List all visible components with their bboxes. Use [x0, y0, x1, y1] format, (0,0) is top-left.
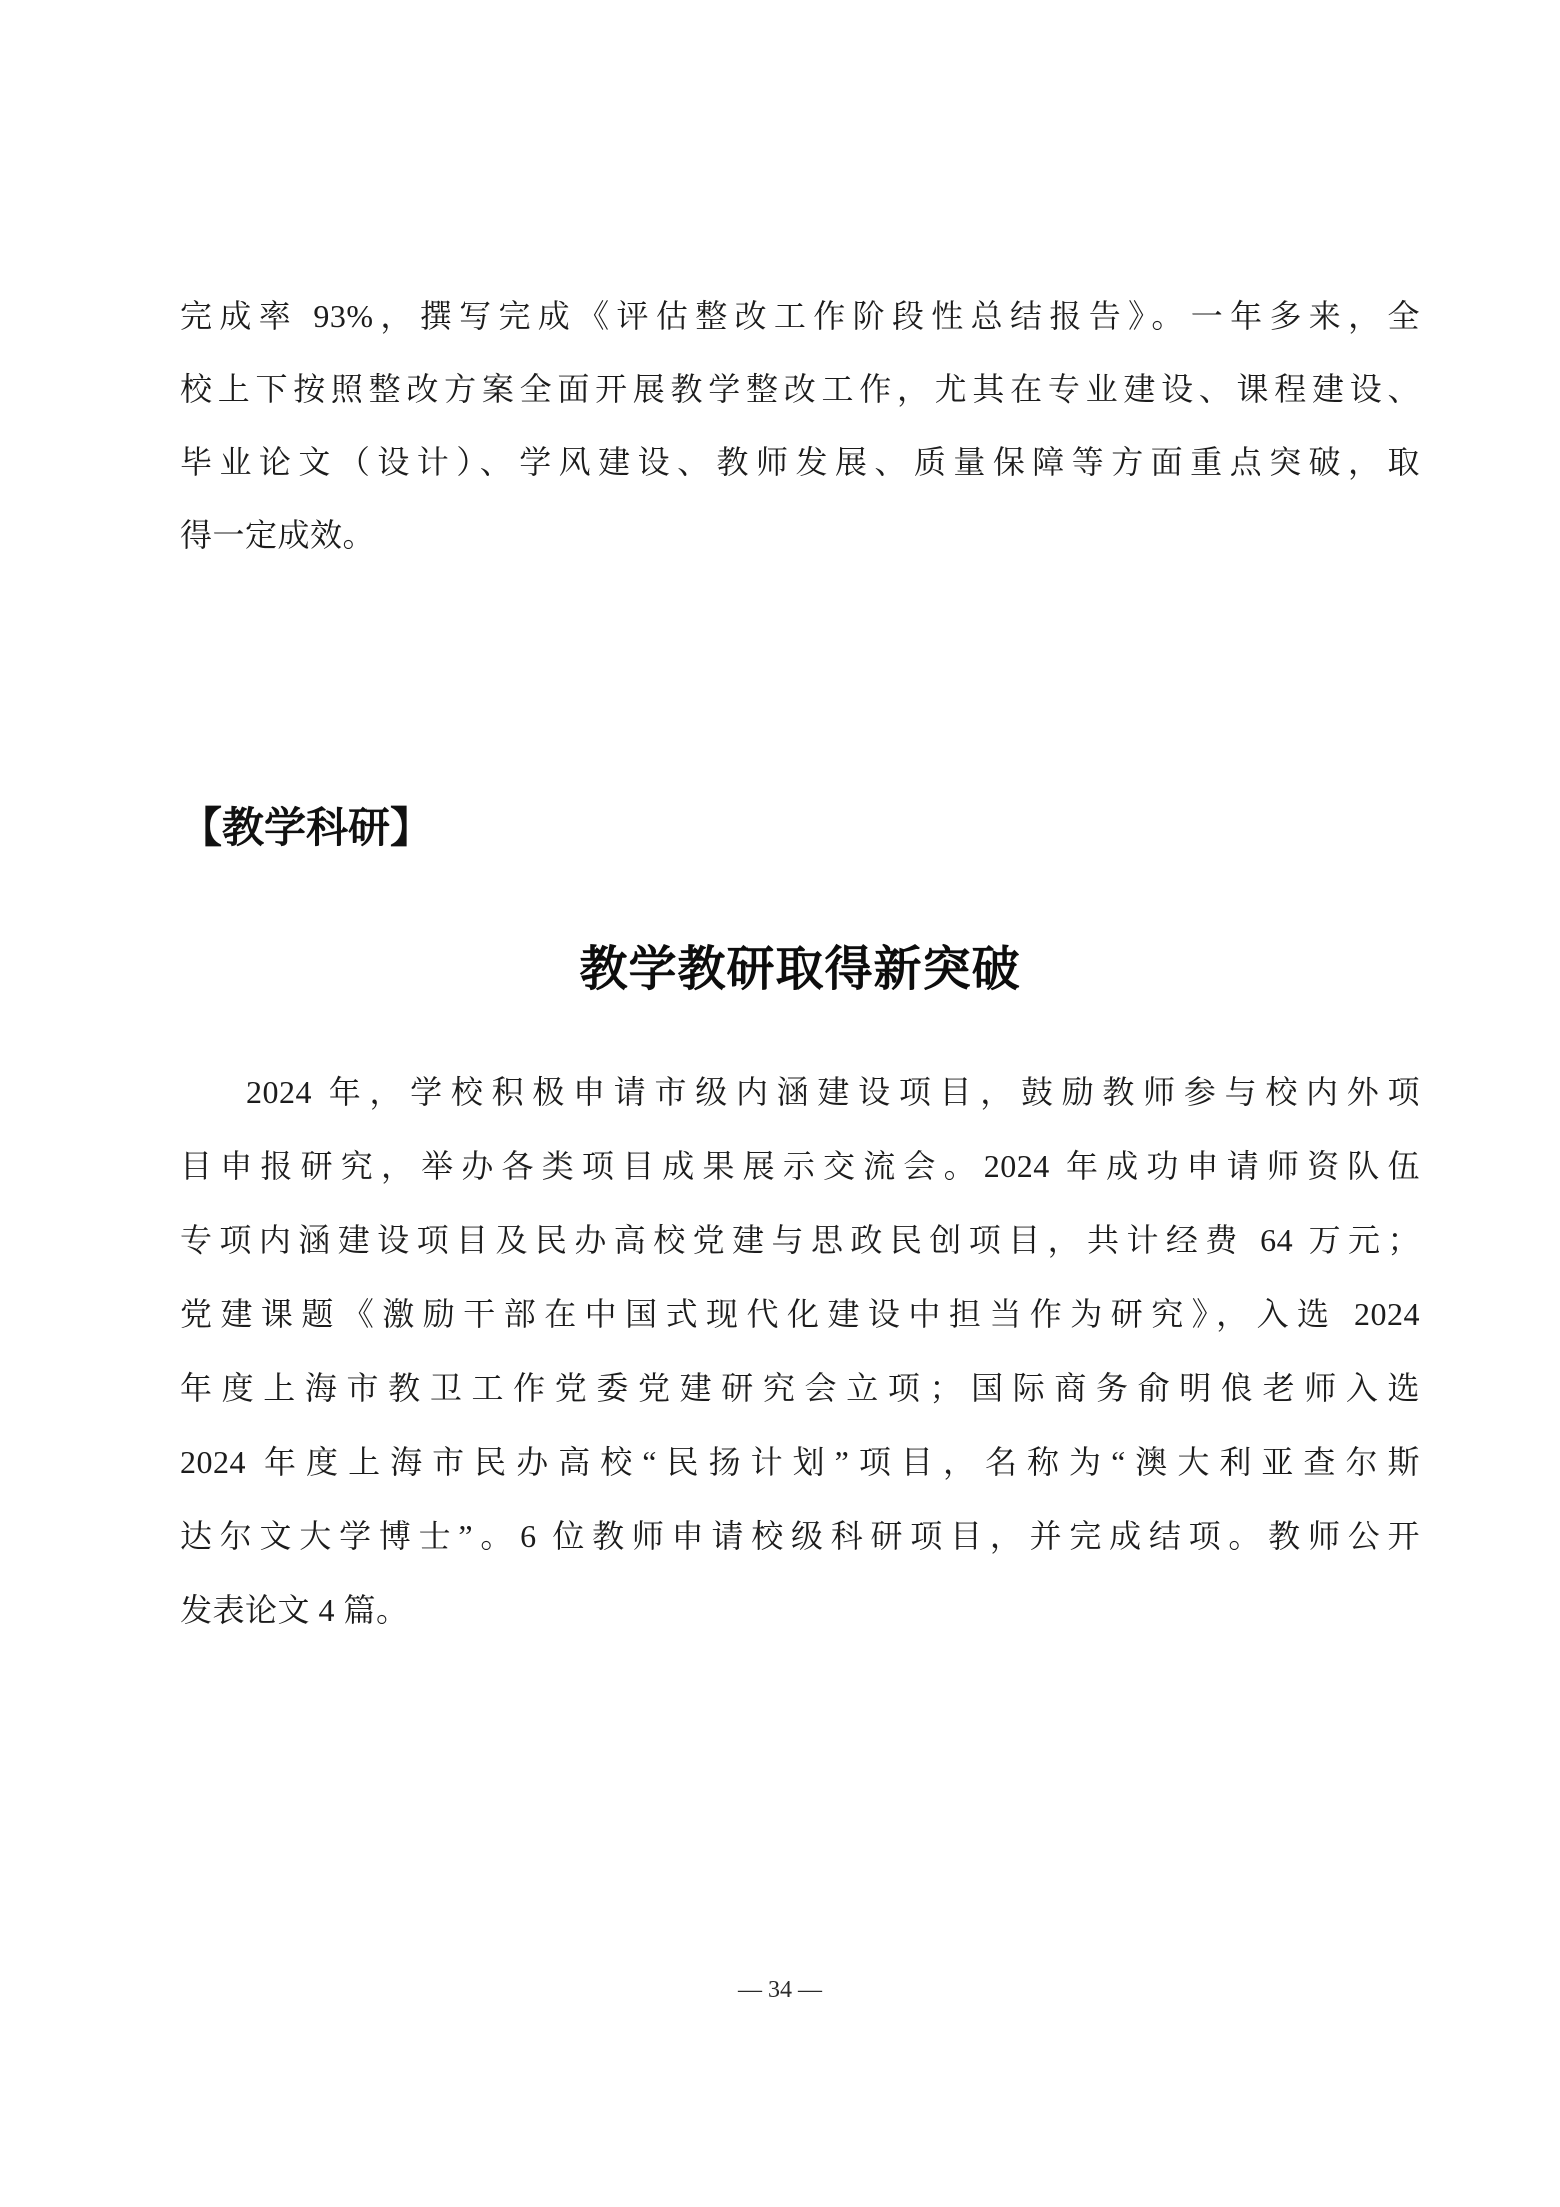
- document-page: 完成率 93%，撰写完成《评估整改工作阶段性总结报告》。一年多来，全 校上下按照…: [0, 0, 1560, 2207]
- text-line: 年度上海市教卫工作党委党建研究会立项；国际商务俞明俍老师入选: [180, 1351, 1420, 1425]
- section-header-teaching-research: 【教学科研】: [180, 802, 432, 854]
- text-line: 2024 年度上海市民办高校“民扬计划”项目，名称为“澳大利亚查尔斯: [180, 1425, 1420, 1499]
- text-line: 得一定成效。: [180, 499, 1420, 572]
- text-line: 发表论文 4 篇。: [180, 1573, 1420, 1647]
- text-line: 达尔文大学博士”。6 位教师申请校级科研项目，并完成结项。教师公开: [180, 1499, 1420, 1573]
- text-line: 完成率 93%，撰写完成《评估整改工作阶段性总结报告》。一年多来，全: [180, 280, 1420, 353]
- text-line: 专项内涵建设项目及民办高校党建与思政民创项目，共计经费 64 万元；: [180, 1203, 1420, 1277]
- paragraph-teaching-research-body: 2024 年，学校积极申请市级内涵建设项目，鼓励教师参与校内外项 目申报研究，举…: [180, 1055, 1420, 1647]
- text-line: 2024 年，学校积极申请市级内涵建设项目，鼓励教师参与校内外项: [180, 1055, 1420, 1129]
- text-line: 党建课题《激励干部在中国式现代化建设中担当作为研究》，入选 2024: [180, 1277, 1420, 1351]
- page-number: — 34 —: [0, 1975, 1560, 2005]
- text-line: 校上下按照整改方案全面开展教学整改工作，尤其在专业建设、课程建设、: [180, 353, 1420, 426]
- paragraph-evaluation-rectification: 完成率 93%，撰写完成《评估整改工作阶段性总结报告》。一年多来，全 校上下按照…: [180, 280, 1420, 572]
- text-line: 毕业论文（设计）、学风建设、教师发展、质量保障等方面重点突破，取: [180, 426, 1420, 499]
- text-line: 目申报研究，举办各类项目成果展示交流会。2024 年成功申请师资队伍: [180, 1129, 1420, 1203]
- article-title: 教学教研取得新突破: [180, 940, 1420, 1000]
